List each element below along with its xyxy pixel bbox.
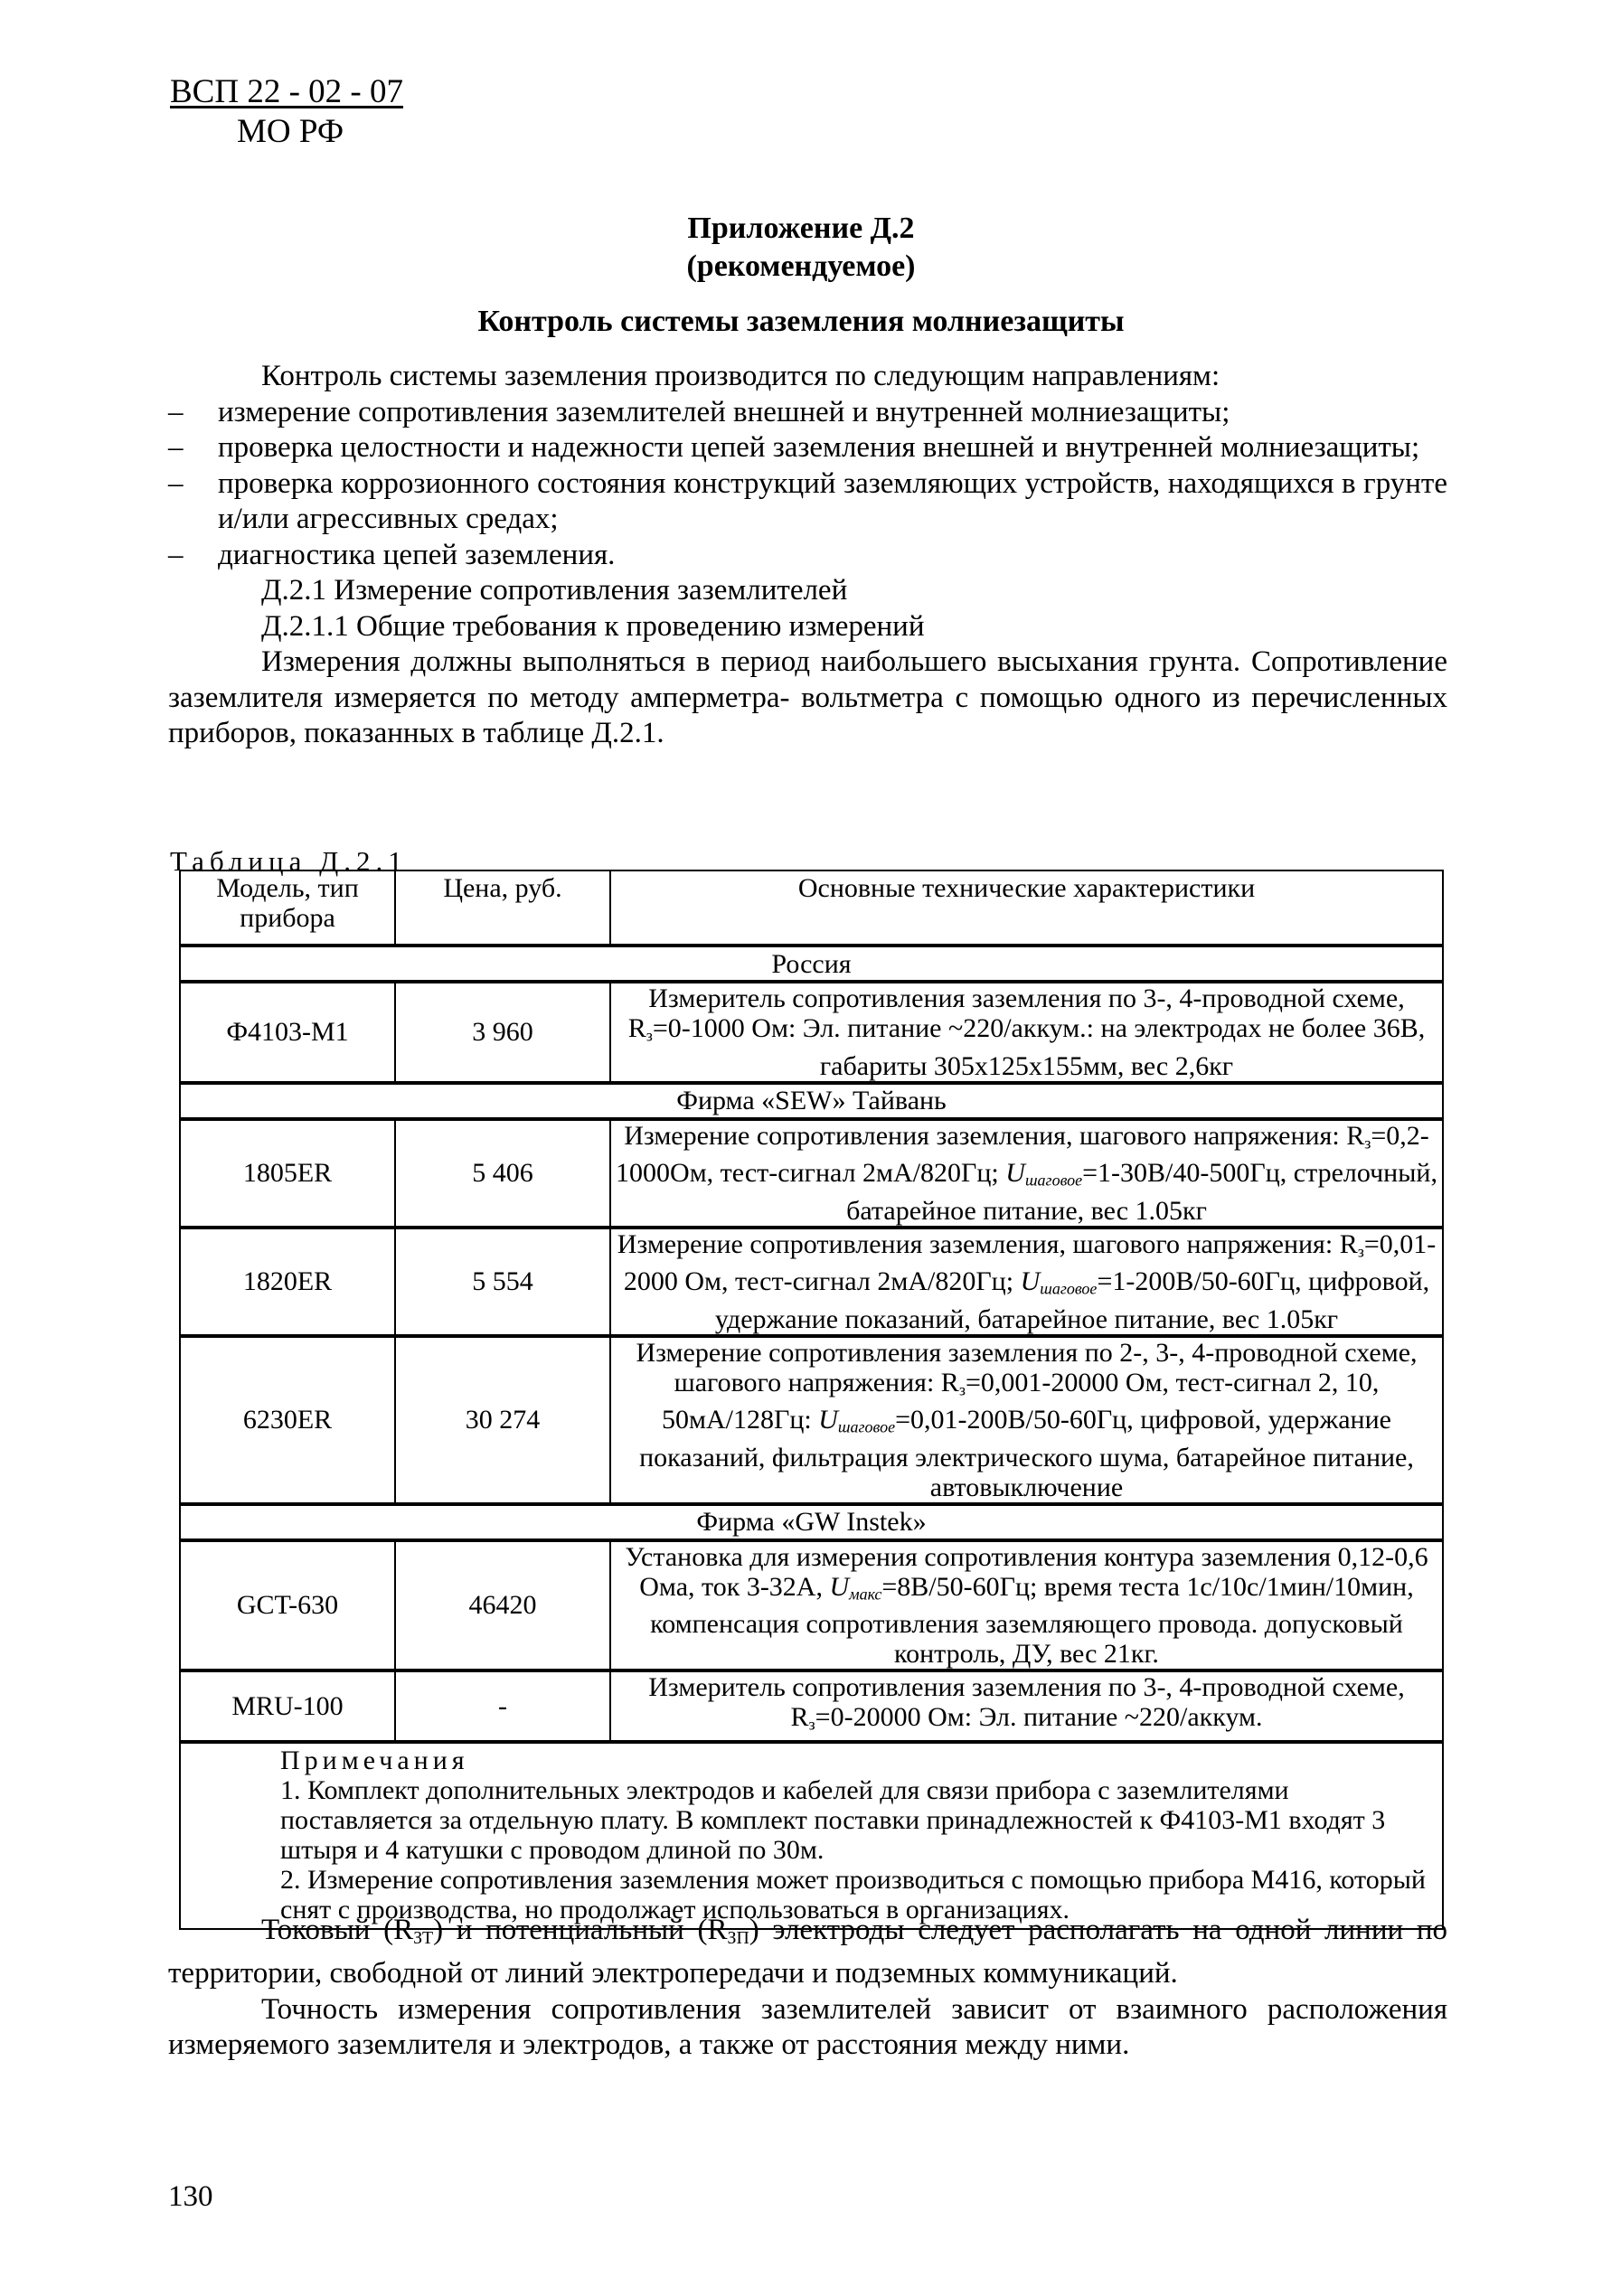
table-row: 6230ER30 274Измерение сопротивления зазе… (180, 1336, 1443, 1504)
specs-cell: Измеритель сопротивления заземления по 3… (610, 1670, 1443, 1742)
subscript: з (809, 1716, 815, 1734)
model-cell: GCT-630 (180, 1540, 395, 1671)
document-header: ВСП 22 - 02 - 07 МО РФ (170, 72, 403, 152)
specs-cell: Измерение сопротивления заземления, шаго… (610, 1228, 1443, 1336)
subscript: з (959, 1380, 966, 1398)
specs-cell: Измеритель сопротивления заземления по 3… (610, 982, 1443, 1083)
text-run: Измерение сопротивления заземления, шаго… (624, 1121, 1364, 1151)
header-price: Цена, руб. (395, 870, 610, 946)
dash-marker: – (168, 430, 184, 466)
group-name: Фирма «SEW» Тайвань (180, 1083, 1443, 1119)
text-run: =0-1000 Ом: Эл. питание ~220/аккум.: на … (653, 1013, 1425, 1081)
table-row: 1805ER5 406Измерение сопротивления зазем… (180, 1119, 1443, 1228)
subscript: шаговое (838, 1418, 895, 1436)
specs-cell: Установка для измерения сопротивления ко… (610, 1540, 1443, 1671)
closing-block: Токовый (RЗТ) и потенциальный (RЗП) элек… (168, 1913, 1447, 2064)
group-name: Россия (180, 946, 1443, 982)
group-row: Россия (180, 946, 1443, 982)
bullet-text: проверка коррозионного состояния констру… (218, 467, 1447, 536)
appendix-heading: Приложение Д.2 (рекомендуемое) (0, 210, 1602, 286)
model-cell: Ф4103-М1 (180, 982, 395, 1083)
subsection-heading: Д.2.1.1 Общие требования к проведению из… (168, 609, 1447, 645)
price-cell: 5 406 (395, 1119, 610, 1228)
bullet-text: диагностика цепей заземления. (218, 539, 615, 571)
subscript: макс (849, 1585, 881, 1603)
bullet-item: –измерение сопротивления заземлителей вн… (168, 395, 1447, 431)
subscript: шаговое (1040, 1280, 1097, 1298)
price-cell: 3 960 (395, 982, 610, 1083)
text-run: Измерение сопротивления заземления, шаго… (617, 1229, 1358, 1259)
intro-block: Контроль системы заземления производится… (168, 359, 1447, 752)
devices-table: Модель, тип прибора Цена, руб. Основные … (179, 870, 1444, 1930)
note-item: 1. Комплект дополнительных электродов и … (280, 1775, 1442, 1865)
model-cell: MRU-100 (180, 1670, 395, 1742)
dash-marker: – (168, 538, 184, 574)
notes-title: Примечания (280, 1746, 1442, 1775)
table-row: GCT-63046420Установка для измерения сопр… (180, 1540, 1443, 1671)
price-cell: - (395, 1670, 610, 1742)
bullet-list: –измерение сопротивления заземлителей вн… (168, 395, 1447, 574)
intro-paragraph: Контроль системы заземления производится… (168, 359, 1447, 395)
document-code: ВСП 22 - 02 - 07 (170, 72, 403, 112)
bullet-item: –проверка целостности и надежности цепей… (168, 430, 1447, 466)
bullet-item: –диагностика цепей заземления. (168, 538, 1447, 574)
model-cell: 1820ER (180, 1228, 395, 1336)
dash-marker: – (168, 466, 184, 503)
electrodes-paragraph: Токовый (RЗТ) и потенциальный (RЗП) элек… (168, 1913, 1447, 1992)
symbol-u: U (1005, 1158, 1025, 1188)
table-header-row: Модель, тип прибора Цена, руб. Основные … (180, 870, 1443, 946)
model-cell: 1805ER (180, 1119, 395, 1228)
subscript: ЗП (728, 1928, 749, 1948)
price-cell: 30 274 (395, 1336, 610, 1504)
appendix-title: Приложение Д.2 (0, 210, 1602, 248)
table-row: 1820ER5 554Измерение сопротивления зазем… (180, 1228, 1443, 1336)
subscript: з (1358, 1242, 1364, 1260)
price-cell: 46420 (395, 1540, 610, 1671)
dash-marker: – (168, 395, 184, 431)
organization: МО РФ (170, 112, 403, 152)
measurement-paragraph: Измерения должны выполняться в период на… (168, 645, 1447, 752)
table-body: РоссияФ4103-М13 960Измеритель сопротивле… (180, 946, 1443, 1929)
model-cell: 6230ER (180, 1336, 395, 1504)
accuracy-paragraph: Точность измерения сопротивления заземли… (168, 1992, 1447, 2064)
text-run: =0-20000 Ом: Эл. питание ~220/аккум. (815, 1702, 1263, 1732)
price-cell: 5 554 (395, 1228, 610, 1336)
group-name: Фирма «GW Instek» (180, 1504, 1443, 1540)
text-run: ) и потенциальный (R (433, 1914, 727, 1946)
specs-cell: Измерение сопротивления заземления, шаго… (610, 1119, 1443, 1228)
symbol-u: U (818, 1405, 838, 1435)
subscript: з (646, 1027, 653, 1045)
symbol-u: U (1021, 1266, 1041, 1296)
bullet-item: –проверка коррозионного состояния констр… (168, 466, 1447, 538)
table-row: MRU-100-Измеритель сопротивления заземле… (180, 1670, 1443, 1742)
header-specs: Основные технические характеристики (610, 870, 1443, 946)
notes-cell: Примечания1. Комплект дополнительных эле… (180, 1742, 1443, 1929)
group-row: Фирма «SEW» Тайвань (180, 1083, 1443, 1119)
bullet-text: измерение сопротивления заземлителей вне… (218, 396, 1230, 428)
symbol-u: U (829, 1572, 849, 1602)
group-row: Фирма «GW Instek» (180, 1504, 1443, 1540)
table-row: Ф4103-М13 960Измеритель сопротивления за… (180, 982, 1443, 1083)
section-title: Контроль системы заземления молниезащиты (0, 303, 1602, 341)
appendix-status: (рекомендуемое) (0, 248, 1602, 286)
bullet-text: проверка целостности и надежности цепей … (218, 431, 1419, 464)
subscript: шаговое (1025, 1172, 1082, 1190)
header-model: Модель, тип прибора (180, 870, 395, 946)
page-number: 130 (168, 2180, 213, 2214)
text-run: Токовый (R (261, 1914, 413, 1946)
notes-row: Примечания1. Комплект дополнительных эле… (180, 1742, 1443, 1929)
subsection-heading: Д.2.1 Измерение сопротивления заземлител… (168, 573, 1447, 609)
subscript: ЗТ (413, 1928, 433, 1948)
specs-cell: Измерение сопротивления заземления по 2-… (610, 1336, 1443, 1504)
